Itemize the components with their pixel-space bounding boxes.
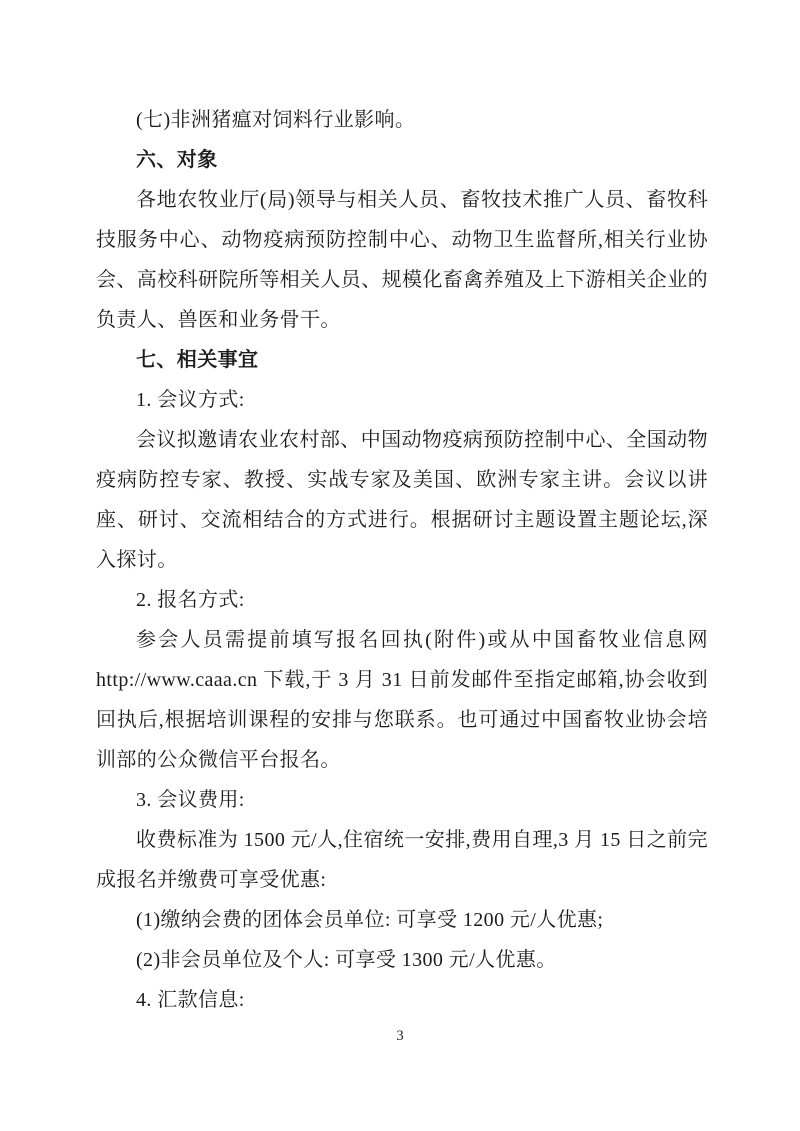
heading-section-6-audience: 六、对象 — [96, 140, 708, 180]
item-4-remittance-info-label: 4. 汇款信息: — [96, 980, 708, 1020]
page-number: 3 — [0, 1026, 800, 1046]
page-content: (七)非洲猪瘟对饲料行业影响。 六、对象 各地农牧业厅(局)领导与相关人员、畜牧… — [96, 0, 708, 1020]
document-page: (七)非洲猪瘟对饲料行业影响。 六、对象 各地农牧业厅(局)领导与相关人员、畜牧… — [0, 0, 800, 1131]
item-discount-nonmembers: (2)非会员单位及个人: 可享受 1300 元/人优惠。 — [96, 940, 708, 980]
item-1-meeting-format-label: 1. 会议方式: — [96, 380, 708, 420]
paragraph-registration-method: 参会人员需提前填写报名回执(附件)或从中国畜牧业信息网 http://www.c… — [96, 620, 708, 780]
heading-section-7-related-matters: 七、相关事宜 — [96, 340, 708, 380]
item-discount-group-members: (1)缴纳会费的团体会员单位: 可享受 1200 元/人优惠; — [96, 900, 708, 940]
paragraph-meeting-format: 会议拟邀请农业农村部、中国动物疫病预防控制中心、全国动物疫病防控专家、教授、实战… — [96, 420, 708, 580]
item-3-meeting-fee-label: 3. 会议费用: — [96, 780, 708, 820]
item-2-registration-label: 2. 报名方式: — [96, 580, 708, 620]
clause-7-feed-industry-impact: (七)非洲猪瘟对饲料行业影响。 — [96, 100, 708, 140]
paragraph-target-audience: 各地农牧业厅(局)领导与相关人员、畜牧技术推广人员、畜牧科技服务中心、动物疫病预… — [96, 180, 708, 340]
paragraph-fee-standard: 收费标准为 1500 元/人,住宿统一安排,费用自理,3 月 15 日之前完成报… — [96, 820, 708, 900]
